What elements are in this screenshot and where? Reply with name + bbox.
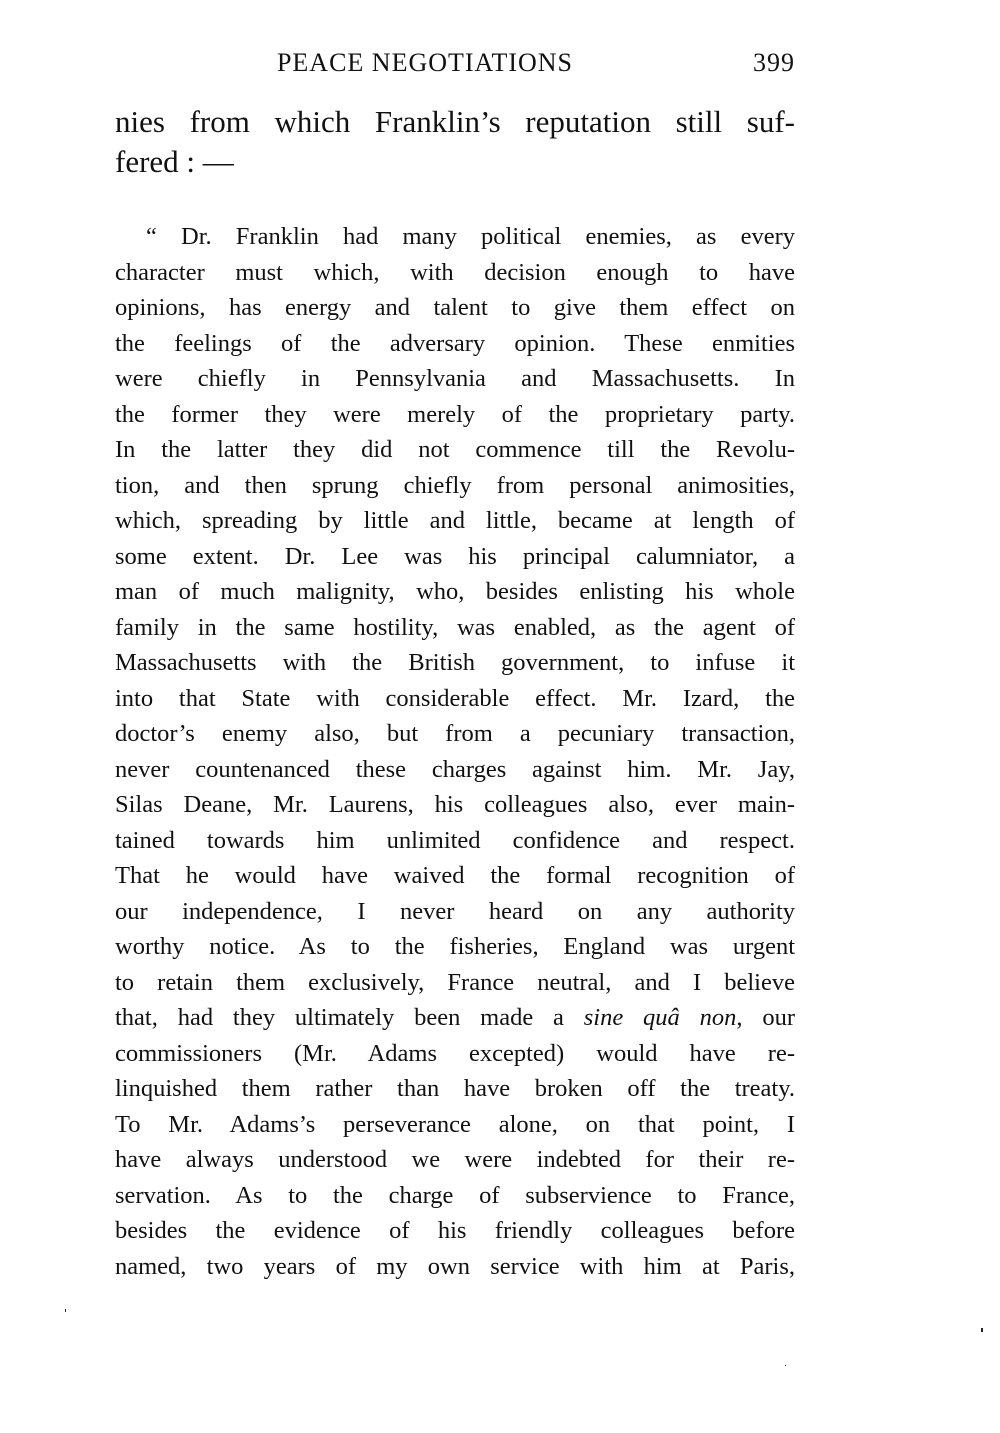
scan-speck [981, 1328, 983, 1332]
italic-latin-phrase: sine quâ non [584, 1004, 737, 1031]
text-line: never countenanced these charges against… [115, 752, 795, 788]
text-fragment: , our [736, 1004, 795, 1031]
intro-paragraph: nies from which Franklin’s reputation st… [115, 102, 795, 182]
text-line: “ Dr. Franklin had many political enemie… [115, 219, 795, 255]
text-line: nies from which Franklin’s reputation st… [115, 102, 795, 142]
book-page: PEACE NEGOTIATIONS 399 nies from which F… [0, 0, 1000, 1433]
text-line: doctor’s enemy also, but from a pecuniar… [115, 716, 795, 752]
running-title: PEACE NEGOTIATIONS [115, 48, 675, 78]
text-line: In the latter they did not commence till… [115, 432, 795, 468]
text-line: worthy notice. As to the fisheries, Engl… [115, 929, 795, 965]
text-line: That he would have waived the formal rec… [115, 858, 795, 894]
text-line: tained towards him unlimited confidence … [115, 823, 795, 859]
text-line: were chiefly in Pennsylvania and Massach… [115, 361, 795, 397]
running-head: PEACE NEGOTIATIONS 399 [115, 48, 795, 84]
text-line: servation. As to the charge of subservie… [115, 1178, 795, 1214]
scan-speck [785, 1365, 786, 1366]
text-line: Silas Deane, Mr. Laurens, his colleagues… [115, 787, 795, 823]
text-line: have always understood we were indebted … [115, 1142, 795, 1178]
text-line: commissioners (Mr. Adams excepted) would… [115, 1036, 795, 1072]
text-fragment: that, had they ultimately been made a [115, 1004, 564, 1031]
text-line: opinions, has energy and talent to give … [115, 290, 795, 326]
text-line: into that State with considerable effect… [115, 681, 795, 717]
text-line: man of much malignity, who, besides enli… [115, 574, 795, 610]
text-line: our independence, I never heard on any a… [115, 894, 795, 930]
text-line: fered : — [115, 142, 795, 182]
text-line: the feelings of the adversary opinion. T… [115, 326, 795, 362]
text-line: named, two years of my own service with … [115, 1249, 795, 1285]
text-line: some extent. Dr. Lee was his principal c… [115, 539, 795, 575]
text-line: character must which, with decision enou… [115, 255, 795, 291]
scan-speck [65, 1309, 66, 1312]
text-line: the former they were merely of the propr… [115, 397, 795, 433]
text-line: which, spreading by little and little, b… [115, 503, 795, 539]
block-quote: “ Dr. Franklin had many political enemie… [115, 219, 795, 1284]
text-line: linquished them rather than have broken … [115, 1071, 795, 1107]
text-line-with-italic: that, had they ultimately been made a si… [115, 1000, 795, 1036]
page-number: 399 [753, 48, 795, 78]
text-line: tion, and then sprung chiefly from perso… [115, 468, 795, 504]
text-line: besides the evidence of his friendly col… [115, 1213, 795, 1249]
text-line: To Mr. Adams’s perseverance alone, on th… [115, 1107, 795, 1143]
text-line: family in the same hostility, was enable… [115, 610, 795, 646]
text-line: Massachusetts with the British governmen… [115, 645, 795, 681]
text-line: to retain them exclusively, France neutr… [115, 965, 795, 1001]
